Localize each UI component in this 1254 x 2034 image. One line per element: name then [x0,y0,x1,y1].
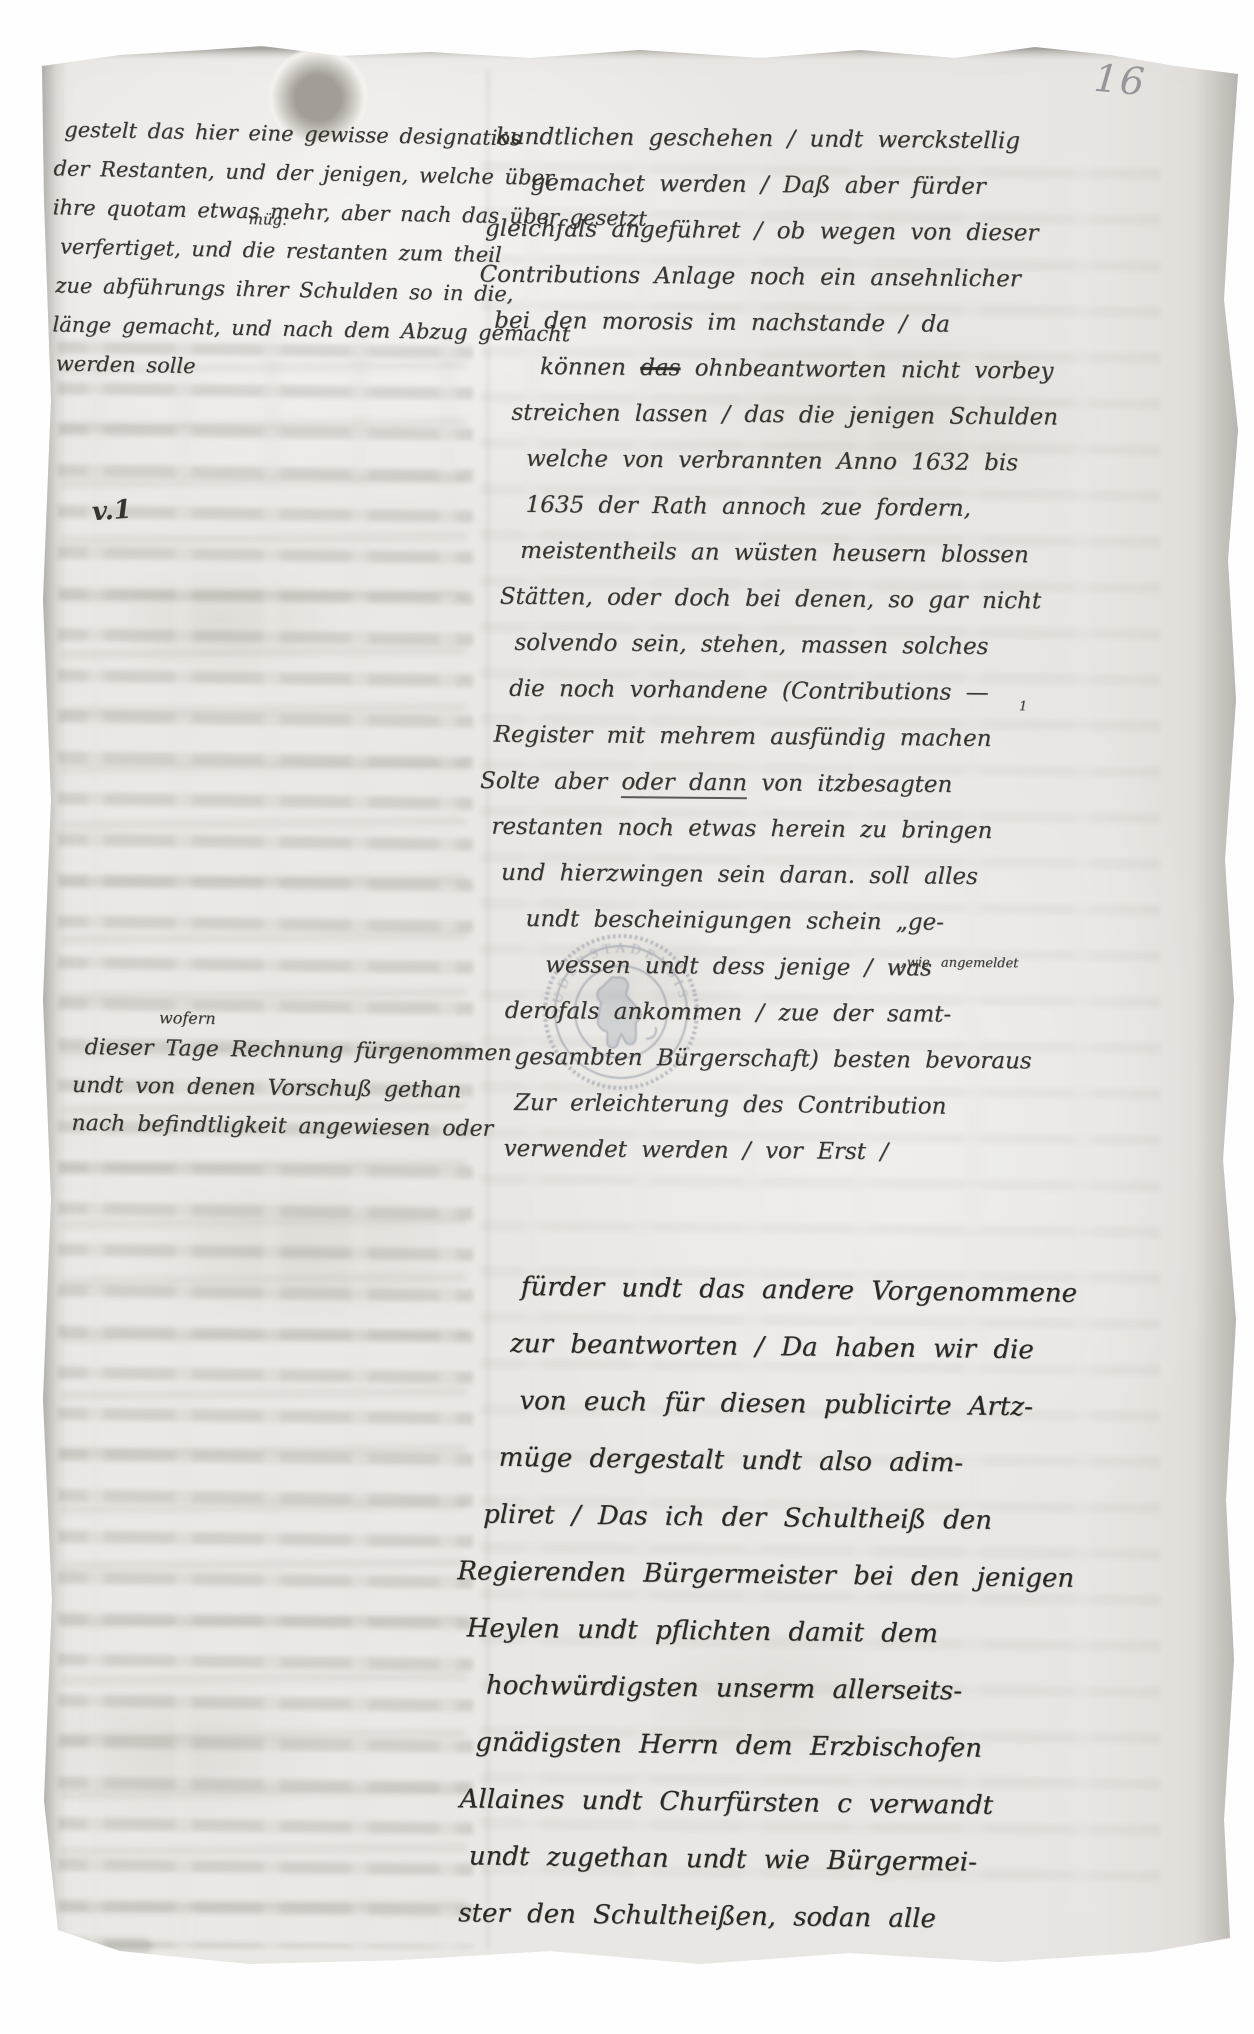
right-text-block-1a: kundtlichen geschehen / undt werckstelli… [479,114,1039,349]
handwriting-line: Solte aber oder dann von itzbesagten [480,758,953,808]
handwriting-line: undt von denen Vorschuß gethan [72,1067,512,1111]
handwriting-line: 1635 der Rath annoch zue fordern, [525,482,1057,533]
handwriting-line: Contributions Anlage noch ein ansehnlich… [479,252,1038,303]
handwriting-line: restanten noch etwas herein zu bringen [491,804,1034,855]
handwriting-line: Regierenden Bürgermeister bei den jenige… [457,1543,1074,1608]
handwriting-line: ster den Schultheißen, sodan alle [458,1885,1070,1949]
right-line-strikethrough: können das ohnbeantworten nicht vorbey [480,343,1054,394]
interline-note-wofern: wofern [159,1010,216,1026]
handwriting-line: von euch für diesen publicirte Artz- [519,1373,1076,1437]
handwriting-line: können das ohnbeantworten nicht vorbey [540,344,1054,394]
handwriting-line: bei den morosis im nachstande / da [494,298,1038,349]
right-text-block-1c: „wie angemeldet restanten noch etwas her… [478,804,1033,1177]
handwriting-line: die noch vorhandene (Contributions — [509,666,1056,717]
interline-note-mueg: müg. [248,212,287,228]
page-number: 16 [1092,56,1148,104]
handwriting-line: solvendo sein, stehen, massen solches [514,620,1056,671]
handwriting-line: meistentheils an wüsten heusern blossen [520,528,1057,579]
pencil-smudge [32,1938,152,1954]
margin-note: v.1 [91,495,133,528]
torn-top-edge [42,46,1238,59]
handwriting-line: streichen lassen / das die jenigen Schul… [511,390,1058,441]
manuscript-scan: 16 DUDERSTADENSIS müg. gestelt das hier … [0,0,1254,2034]
handwriting-line: zur beantworten / Da haben wir die [510,1316,1077,1380]
strike-pre: können [540,354,640,381]
underline-post: von itzbesagten [747,770,952,798]
handwriting-line: und hierzwingen sein daran. soll alles [501,850,1034,901]
interline-note-angemeldet: „wie angemeldet [900,955,1018,971]
right-line-underline: Solte aber oder dann von itzbesagten [480,758,953,808]
right-edge-shadow [1195,70,1240,1950]
superscript-mark: 1 [1019,684,1028,730]
handwriting-line: Heylen undt pflichten damit dem [466,1600,1073,1664]
handwriting-line: Register mit mehrem ausfündig machen [493,712,1055,763]
handwriting-line: gnädigsten Herrn dem Erzbischofen [475,1714,1072,1778]
handwriting-line: nach befindtligkeit angewiesen oder [71,1105,511,1149]
handwriting-line: pliret / Das ich der Schultheiß den [483,1487,1075,1551]
struck-word: das [640,355,680,381]
handwriting-line: gleichfals angeführet / ob wegen von die… [485,206,1039,257]
handwriting-line: gemachet werden / Daß aber fürder [530,160,1039,210]
handwriting-line: Zur erleichterung des Contribution [514,1080,1032,1131]
underline-pre: Solte aber [480,768,622,795]
left-text-block-2: wofern dieser Tage Rechnung fürgenommen … [71,1029,512,1149]
handwriting-line: müge dergestalt undt also adim- [498,1430,1075,1494]
handwriting-line: Stätten, oder doch bei denen, so gar nic… [500,574,1057,625]
handwriting-line: gesambten Bürgerschaft) besten bevoraus [514,1034,1032,1085]
handwriting-line: kundtlichen geschehen / undt werckstelli… [496,114,1040,165]
right-text-block-1b: 1 streichen lassen / das die jenigen Sch… [478,389,1058,762]
handwriting-line: verwendet werden / vor Erst / [503,1126,1031,1177]
handwriting-line: hochwürdigsten unserm allerseits- [486,1658,1073,1722]
handwriting-line: derofals ankommen / zue der samt- [505,988,1033,1039]
strike-post: ohnbeantworten nicht vorbey [680,355,1053,384]
handwriting-line: undt zugethan undt wie Bürgermei- [469,1828,1071,1892]
handwriting-line: Allaines undt Churfürsten c verwandt [459,1771,1071,1835]
right-text-block-2: fürder undt das andere Vorgenommene zur … [448,1258,1078,1950]
handwriting-line: fürder undt das andere Vorgenommene [521,1259,1078,1323]
handwriting-line: welche von verbrannten Anno 1632 bis [526,436,1058,487]
paper-sheet: 16 DUDERSTADENSIS müg. gestelt das hier … [0,0,1254,2034]
handwriting-line: dieser Tage Rechnung fürgenommen [84,1029,512,1073]
underlined-words: oder dann [621,769,747,799]
handwriting-line: undt bescheinigungen schein „ge- [525,896,1033,946]
